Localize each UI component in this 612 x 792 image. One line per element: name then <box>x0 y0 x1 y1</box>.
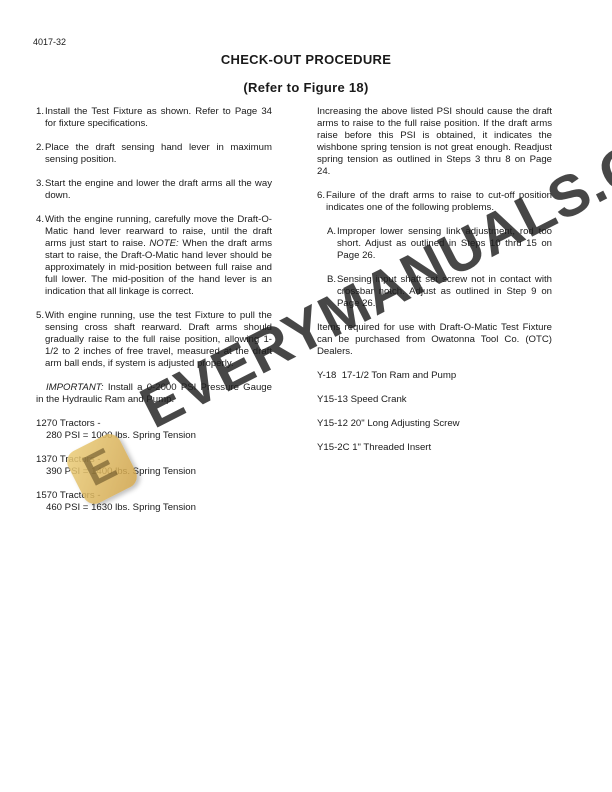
item-y15-13: Y15-13 Speed Crank <box>317 394 552 406</box>
item-y15-12: Y15-12 20" Long Adjusting Screw <box>317 418 552 430</box>
sub-item-letter: B. <box>327 274 337 310</box>
note-label: NOTE: <box>149 238 178 249</box>
tractor-model: 1570 Tractors - <box>36 490 272 502</box>
sub-item-text: Improper lower sensing link adjustment, … <box>337 226 552 262</box>
step-number: 5. <box>36 310 45 370</box>
tractor-spec: 280 PSI = 1000 lbs. Spring Tension <box>36 430 272 442</box>
item-y18: Y-18 17-1/2 Ton Ram and Pump <box>317 370 552 382</box>
step-3: 3. Start the engine and lower the draft … <box>36 178 272 202</box>
sub-item-letter: A. <box>327 226 337 262</box>
tractor-spec-1270: 1270 Tractors - 280 PSI = 1000 lbs. Spri… <box>36 418 272 442</box>
step-2: 2. Place the draft sensing hand lever in… <box>36 142 272 166</box>
page-number: 4017-32 <box>33 37 66 47</box>
items-intro: Items required for use with Draft-O-Mati… <box>317 322 552 358</box>
step-number: 4. <box>36 214 45 298</box>
important-note: IMPORTANT: Install a 0-2000 PSI Pressure… <box>36 382 272 406</box>
right-column: Increasing the above listed PSI should c… <box>317 106 552 466</box>
step-1: 1. Install the Test Fixture as shown. Re… <box>36 106 272 130</box>
step-text: Place the draft sensing hand lever in ma… <box>45 142 272 166</box>
step-text: With engine running, use the test Fixtur… <box>45 310 272 370</box>
step-text: Start the engine and lower the draft arm… <box>45 178 272 202</box>
psi-intro-paragraph: Increasing the above listed PSI should c… <box>317 106 552 178</box>
tractor-spec-1570: 1570 Tractors - 460 PSI = 1630 lbs. Spri… <box>36 490 272 514</box>
sub-item-text: Sensing input shaft set screw not in con… <box>337 274 552 310</box>
tractor-spec: 460 PSI = 1630 lbs. Spring Tension <box>36 502 272 514</box>
step-text: Failure of the draft arms to raise to cu… <box>326 190 552 214</box>
step-6: 6. Failure of the draft arms to raise to… <box>317 190 552 214</box>
step-5: 5. With engine running, use the test Fix… <box>36 310 272 370</box>
step-number: 1. <box>36 106 45 130</box>
sub-item-b: B. Sensing input shaft set screw not in … <box>327 274 552 310</box>
tractor-model: 1270 Tractors - <box>36 418 272 430</box>
step-number: 3. <box>36 178 45 202</box>
item-y15-2c: Y15-2C 1" Threaded Insert <box>317 442 552 454</box>
step-text: With the engine running, carefully move … <box>45 214 272 298</box>
step-number: 2. <box>36 142 45 166</box>
step-4: 4. With the engine running, carefully mo… <box>36 214 272 298</box>
step-text: Install the Test Fixture as shown. Refer… <box>45 106 272 130</box>
sub-item-a: A. Improper lower sensing link adjustmen… <box>327 226 552 262</box>
step-number: 6. <box>317 190 326 214</box>
watermark-logo-glyph: E <box>75 439 124 497</box>
important-label: IMPORTANT: <box>46 382 104 393</box>
page-subtitle: (Refer to Figure 18) <box>0 80 612 95</box>
page-title: CHECK-OUT PROCEDURE <box>0 52 612 67</box>
